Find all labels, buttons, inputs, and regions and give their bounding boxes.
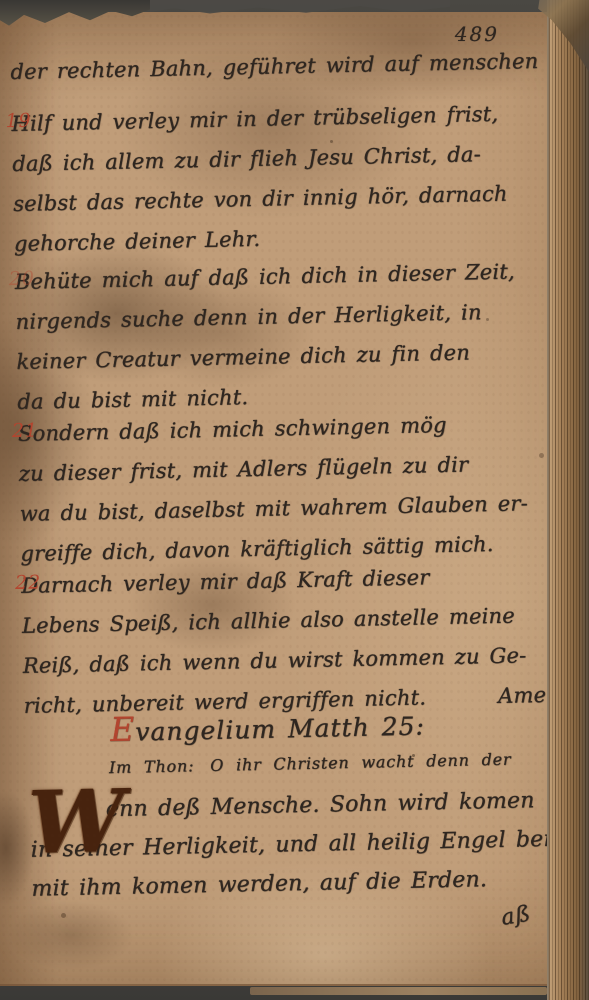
hymn-opening: W enn deß Mensche. Sohn wird komen in se… bbox=[25, 781, 556, 909]
bottom-page-edges bbox=[250, 987, 547, 995]
manuscript-page: 489 der rechten Bahn, geführet wird auf … bbox=[0, 12, 589, 986]
stanza-21: 21 Sondern daß ich mich schwingen mög zu… bbox=[18, 403, 530, 574]
stanza-number-rubric: 21 bbox=[12, 419, 39, 442]
stanza-20: 20 Behüte mich auf daß ich dich in diese… bbox=[14, 251, 517, 421]
gospel-heading-text: vangelium Matth 25: bbox=[135, 711, 425, 746]
rubric-initial-e: E bbox=[110, 710, 136, 750]
manuscript-photo: 489 der rechten Bahn, geführet wird auf … bbox=[0, 0, 589, 1000]
catchword: aß bbox=[500, 901, 533, 930]
stanza-number-rubric: 22 bbox=[15, 571, 42, 594]
stanza-19: 19 Hilf und verley mir in der trübselige… bbox=[11, 94, 509, 264]
stanza-number-rubric: 20 bbox=[9, 268, 36, 291]
tune-text: O ihr Christen wacht denn der bbox=[210, 750, 511, 775]
drop-cap-w: W bbox=[27, 782, 125, 864]
tune-indication: Im Thon:O ihr Christen wacht denn der bbox=[109, 750, 512, 777]
page-text-block: der rechten Bahn, geführet wird auf mens… bbox=[10, 41, 558, 972]
stanza-number-rubric: 19 bbox=[5, 110, 32, 133]
gospel-heading: Evangelium Matth 25: bbox=[110, 703, 425, 749]
book-fore-edge bbox=[547, 0, 589, 1000]
text-line-continuation: der rechten Bahn, geführet wird auf mens… bbox=[10, 39, 589, 92]
stanza-22: 22 Darnach verley mir daß Kraft dieser L… bbox=[21, 555, 561, 726]
